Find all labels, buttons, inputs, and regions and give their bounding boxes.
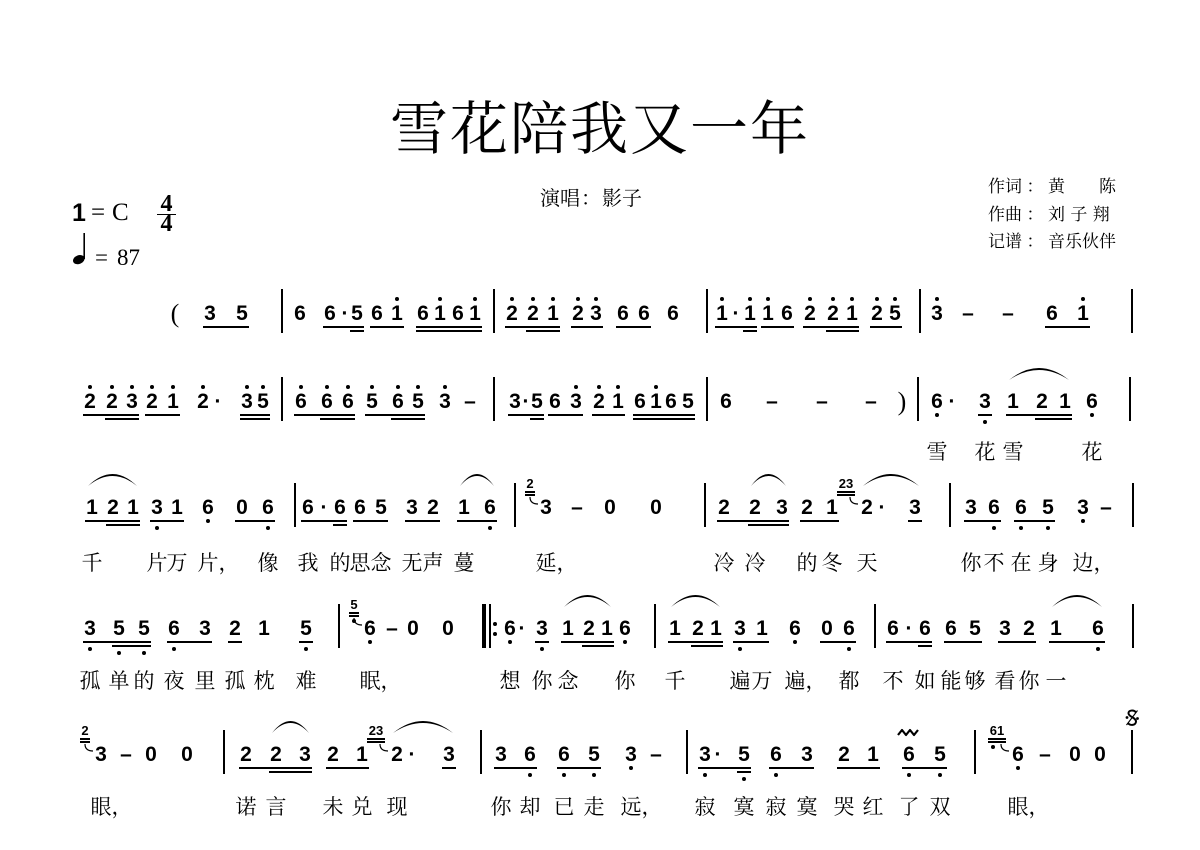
barline xyxy=(654,604,656,648)
note: 5 xyxy=(582,742,606,768)
eighth-underline xyxy=(442,767,456,769)
octave-dot-high xyxy=(551,297,555,301)
note: 3 xyxy=(78,616,102,642)
note: 6 xyxy=(939,616,963,642)
lyric-syllable: 花 xyxy=(1082,440,1103,464)
note: 6 xyxy=(632,301,656,327)
note: 6 xyxy=(913,616,937,642)
note: 1 xyxy=(252,616,276,642)
note: 3 xyxy=(770,495,794,521)
note: 3 xyxy=(959,495,983,521)
octave-dot-high xyxy=(831,297,835,301)
extension-dash: – xyxy=(760,389,784,415)
grace-underline xyxy=(837,494,855,496)
octave-dot-high xyxy=(261,385,265,389)
eighth-underline xyxy=(761,326,794,328)
lyric-syllable: 里 xyxy=(195,669,216,693)
octave-dot-low xyxy=(991,745,995,749)
lyric-syllable: 万 xyxy=(167,551,188,575)
sixteenth-underline xyxy=(416,330,482,332)
barline xyxy=(704,483,706,527)
octave-dot-low xyxy=(88,647,92,651)
eighth-underline xyxy=(769,767,814,769)
augmentation-dot: · xyxy=(706,742,730,768)
rest: 0 xyxy=(436,616,460,642)
octave-dot-high xyxy=(370,385,374,389)
sixteenth-underline xyxy=(530,418,544,420)
lyric-syllable: 冷 xyxy=(714,551,735,575)
note: 1 xyxy=(820,495,844,521)
eighth-underline xyxy=(167,641,212,643)
note: 6 xyxy=(613,616,637,642)
lyric-syllable: 在 xyxy=(1011,551,1032,575)
barline xyxy=(919,289,921,333)
eighth-underline xyxy=(668,641,723,643)
eighth-underline xyxy=(370,326,404,328)
eighth-underline xyxy=(83,641,151,643)
eighth-underline xyxy=(633,414,695,416)
note: 5 xyxy=(963,616,987,642)
lyric-syllable: 想 xyxy=(500,669,521,693)
octave-dot-high xyxy=(438,297,442,301)
lyric-syllable: 雪 xyxy=(927,440,948,464)
lyric-syllable: 枕 xyxy=(254,669,275,693)
sixteenth-underline xyxy=(333,524,347,526)
note: 3 xyxy=(925,301,949,327)
eighth-underline xyxy=(978,414,992,416)
lyric-syllable: 遍， xyxy=(785,669,827,693)
note: 3 xyxy=(903,495,927,521)
note: 1 xyxy=(1071,301,1095,327)
lyric-syllable: 天 xyxy=(857,551,878,575)
note: 2 xyxy=(223,616,247,642)
lyric-syllable: 万 xyxy=(752,669,773,693)
grace-note: 2 xyxy=(525,477,535,491)
note: 3 xyxy=(993,616,1017,642)
note: 2 xyxy=(1017,616,1041,642)
eighth-underline xyxy=(561,641,614,643)
eighth-underline xyxy=(505,326,560,328)
barline xyxy=(706,377,708,421)
lyric-syllable: 花 xyxy=(975,440,996,464)
lyric-syllable: 单 xyxy=(109,669,130,693)
jianpu-score: (3566·5616161221236661·116221253––612232… xyxy=(0,0,1200,850)
note: 2 xyxy=(798,301,822,327)
lyric-syllable: 你 xyxy=(961,551,982,575)
repeat-start-thick-line xyxy=(482,604,486,648)
extension-dash: – xyxy=(565,495,589,521)
grace-underline xyxy=(988,738,1006,740)
eighth-underline xyxy=(299,641,313,643)
octave-dot-low xyxy=(540,647,544,651)
lyric-syllable: 一 xyxy=(1046,669,1067,693)
octave-dot-low xyxy=(738,647,742,651)
note: 1 xyxy=(1001,389,1025,415)
eighth-underline xyxy=(326,767,369,769)
barline xyxy=(949,483,951,527)
eighth-underline xyxy=(908,520,922,522)
lyric-syllable: 都 xyxy=(839,669,860,693)
note: 5 xyxy=(676,389,700,415)
grace-underline xyxy=(988,741,1006,743)
sixteenth-underline xyxy=(269,771,312,773)
eighth-underline xyxy=(457,520,497,522)
rest: 0 xyxy=(1063,742,1087,768)
note: 1 xyxy=(1044,616,1068,642)
lyric-syllable: 远， xyxy=(621,795,663,819)
octave-dot-high xyxy=(748,297,752,301)
octave-dot-high xyxy=(875,297,879,301)
octave-dot-low xyxy=(172,647,176,651)
sixteenth-underline xyxy=(350,330,364,332)
barline xyxy=(1132,483,1134,527)
sixteenth-underline xyxy=(633,418,695,420)
octave-dot-low xyxy=(352,619,356,623)
extension-dash: – xyxy=(859,389,883,415)
score-page: 雪花陪我又一年 演唱：影子 作词：黄 陈 作曲：刘 子 翔 记谱：音乐伙伴 1 … xyxy=(0,0,1200,850)
octave-dot-low xyxy=(623,640,627,644)
lyric-syllable: 雪 xyxy=(1003,440,1024,464)
lyric-syllable: 身 xyxy=(1038,551,1059,575)
note: 3 xyxy=(293,742,317,768)
extension-dash: – xyxy=(996,301,1020,327)
note: 5 xyxy=(369,495,393,521)
note: 1 xyxy=(161,389,185,415)
eighth-underline xyxy=(557,767,601,769)
octave-dot-high xyxy=(616,385,620,389)
extension-dash: – xyxy=(810,389,834,415)
eighth-underline xyxy=(964,520,1001,522)
eighth-underline xyxy=(405,520,440,522)
lyric-syllable: 蔓 xyxy=(454,551,475,575)
note: 3 xyxy=(89,742,113,768)
barline xyxy=(974,730,976,774)
note: 5 xyxy=(406,389,430,415)
octave-dot-low xyxy=(304,647,308,651)
octave-dot-high xyxy=(576,297,580,301)
sixteenth-underline xyxy=(1035,418,1072,420)
lyric-syllable: 未 xyxy=(323,795,344,819)
lyric-syllable: 走 xyxy=(584,795,605,819)
octave-dot-low xyxy=(562,773,566,777)
note: 1 xyxy=(541,301,565,327)
barline xyxy=(514,483,516,527)
sixteenth-underline xyxy=(748,524,789,526)
octave-dot-high xyxy=(150,385,154,389)
octave-dot-high xyxy=(597,385,601,389)
eighth-underline xyxy=(1014,520,1055,522)
sixteenth-underline xyxy=(240,418,270,420)
lyric-syllable: 你 xyxy=(491,795,512,819)
lyric-syllable: 你 xyxy=(1019,669,1040,693)
note: 6 xyxy=(714,389,738,415)
barline xyxy=(1131,289,1133,333)
eighth-underline xyxy=(733,641,769,643)
note: 1 xyxy=(452,495,476,521)
sixteenth-underline xyxy=(526,330,560,332)
note: 6 xyxy=(358,616,382,642)
note: 2 xyxy=(78,389,102,415)
barline xyxy=(480,730,482,774)
augmentation-dot: · xyxy=(870,495,894,521)
lyric-syllable: 看 xyxy=(995,669,1016,693)
eighth-underline xyxy=(353,520,388,522)
octave-dot-low xyxy=(793,640,797,644)
eighth-underline xyxy=(494,767,537,769)
note: 1 xyxy=(165,495,189,521)
lyric-syllable: 现 xyxy=(387,795,408,819)
octave-dot-high xyxy=(130,385,134,389)
sixteenth-underline xyxy=(106,524,140,526)
note: 3 xyxy=(564,389,588,415)
note: 6 xyxy=(478,495,502,521)
note: 3 xyxy=(728,616,752,642)
sixteenth-underline xyxy=(826,330,859,332)
note: 6 xyxy=(661,301,685,327)
note: 6 xyxy=(1009,495,1033,521)
extension-dash: – xyxy=(458,389,482,415)
extension-dash: – xyxy=(644,742,668,768)
octave-dot-low xyxy=(992,526,996,530)
extension-dash: – xyxy=(1033,742,1057,768)
octave-dot-low xyxy=(1016,766,1020,770)
lyric-syllable: 延， xyxy=(536,551,578,575)
barline xyxy=(223,730,225,774)
lyric-syllable: 不 xyxy=(883,669,904,693)
lyric-syllable: 声 xyxy=(423,551,444,575)
lyric-syllable: 思 xyxy=(350,551,371,575)
lyric-syllable: 你 xyxy=(615,669,636,693)
grace-underline xyxy=(349,615,359,617)
note: 2 xyxy=(712,495,736,521)
lyric-syllable: 诺 xyxy=(236,795,257,819)
lyric-syllable: 孤 xyxy=(225,669,246,693)
note: 2 xyxy=(321,742,345,768)
note: 5 xyxy=(251,389,275,415)
note: 6 xyxy=(518,742,542,768)
note: 3 xyxy=(433,389,457,415)
barline xyxy=(493,377,495,421)
lyric-syllable: 如 xyxy=(915,669,936,693)
barline xyxy=(874,604,876,648)
note: 3 xyxy=(973,389,997,415)
augmentation-dot: · xyxy=(400,742,424,768)
octave-dot-low xyxy=(1046,526,1050,530)
octave-dot-low xyxy=(206,519,210,523)
note: 1 xyxy=(840,301,864,327)
sixteenth-underline xyxy=(918,645,932,647)
lyric-syllable: 的 xyxy=(330,551,351,575)
note: 3 xyxy=(198,301,222,327)
lyric-syllable: 寂 xyxy=(695,795,716,819)
grace-underline xyxy=(349,612,359,614)
octave-dot-high xyxy=(443,385,447,389)
note: 5 xyxy=(732,742,756,768)
octave-dot-low xyxy=(935,413,939,417)
octave-dot-low xyxy=(774,773,778,777)
octave-dot-high xyxy=(171,385,175,389)
note: 5 xyxy=(132,616,156,642)
note: 2 xyxy=(421,495,445,521)
close-parenthesis: ) xyxy=(890,389,914,415)
eighth-underline xyxy=(203,326,249,328)
rest: 0 xyxy=(815,616,839,642)
note: 5 xyxy=(294,616,318,642)
lyric-syllable: 的 xyxy=(797,551,818,575)
lyric-syllable: 千 xyxy=(82,551,103,575)
note: 6 xyxy=(1006,742,1030,768)
eighth-underline xyxy=(616,326,651,328)
lyric-syllable: 念 xyxy=(558,669,579,693)
octave-dot-low xyxy=(117,651,121,655)
lyric-syllable: 边， xyxy=(1073,551,1115,575)
octave-dot-low xyxy=(629,766,633,770)
octave-dot-low xyxy=(1090,413,1094,417)
barline xyxy=(917,377,919,421)
extension-dash: – xyxy=(1094,495,1118,521)
note: 3 xyxy=(530,616,554,642)
lyric-syllable: 够 xyxy=(965,669,986,693)
sixteenth-underline xyxy=(105,418,139,420)
eighth-underline xyxy=(1049,641,1105,643)
octave-dot-high xyxy=(416,385,420,389)
note: 3 xyxy=(489,742,513,768)
note: 1 xyxy=(663,616,687,642)
lyric-syllable: 的 xyxy=(134,669,155,693)
lyric-syllable: 遍 xyxy=(730,669,751,693)
octave-dot-high xyxy=(473,297,477,301)
eighth-underline xyxy=(698,767,751,769)
lyric-syllable: 双 xyxy=(930,795,951,819)
rest: 0 xyxy=(401,616,425,642)
rest: 0 xyxy=(230,495,254,521)
lyric-syllable: 兑 xyxy=(352,795,373,819)
barline xyxy=(281,377,283,421)
lyric-syllable: 了 xyxy=(899,795,920,819)
grace-underline xyxy=(367,738,385,740)
eighth-underline xyxy=(998,641,1036,643)
note: 6 xyxy=(256,495,280,521)
note: 1 xyxy=(861,742,885,768)
lyric-syllable: 已 xyxy=(554,795,575,819)
octave-dot-high xyxy=(935,297,939,301)
note: 6 xyxy=(837,616,861,642)
eighth-underline xyxy=(944,641,982,643)
lyric-syllable: 念 xyxy=(371,551,392,575)
note: 6 xyxy=(289,389,313,415)
lyric-syllable: 千 xyxy=(665,669,686,693)
note: 1 xyxy=(750,616,774,642)
note: 2 xyxy=(832,742,856,768)
eighth-underline xyxy=(294,414,355,416)
eighth-underline xyxy=(1045,326,1090,328)
note: 3 xyxy=(437,742,461,768)
octave-dot-low xyxy=(983,420,987,424)
rest: 0 xyxy=(175,742,199,768)
note: 2 xyxy=(743,495,767,521)
lyric-syllable: 不 xyxy=(984,551,1005,575)
octave-dot-low xyxy=(907,773,911,777)
lyric-syllable: 却 xyxy=(520,795,541,819)
barline xyxy=(1129,377,1131,421)
note: 5 xyxy=(107,616,131,642)
octave-dot-high xyxy=(808,297,812,301)
note: 3 xyxy=(795,742,819,768)
grace-note: 5 xyxy=(349,598,359,612)
note: 6 xyxy=(783,616,807,642)
octave-dot-high xyxy=(1081,297,1085,301)
note: 6 xyxy=(897,742,921,768)
extension-dash: – xyxy=(114,742,138,768)
barline xyxy=(493,289,495,333)
grace-underline xyxy=(525,494,535,496)
grace-underline xyxy=(837,491,855,493)
eighth-underline xyxy=(508,414,544,416)
note: 5 xyxy=(230,301,254,327)
lyric-syllable: 冷 xyxy=(745,551,766,575)
note: 1 xyxy=(1053,389,1077,415)
octave-dot-low xyxy=(1081,519,1085,523)
octave-dot-low xyxy=(742,777,746,781)
lyric-syllable: 片， xyxy=(198,551,240,575)
note: 3 xyxy=(534,495,558,521)
lyric-syllable: 我 xyxy=(298,551,319,575)
octave-dot-high xyxy=(201,385,205,389)
octave-dot-high xyxy=(531,297,535,301)
eighth-underline xyxy=(235,520,275,522)
lyric-syllable: 寞 xyxy=(734,795,755,819)
note: 5 xyxy=(1036,495,1060,521)
eighth-underline xyxy=(1006,414,1072,416)
eighth-underline xyxy=(416,326,482,328)
eighth-underline xyxy=(571,326,603,328)
note: 6 xyxy=(552,742,576,768)
sixteenth-underline xyxy=(582,645,614,647)
lyric-syllable: 无 xyxy=(402,551,423,575)
note: 1 xyxy=(704,616,728,642)
note: 1 xyxy=(121,495,145,521)
octave-dot-high xyxy=(574,385,578,389)
octave-dot-high xyxy=(654,385,658,389)
lyric-syllable: 寂 xyxy=(766,795,787,819)
eighth-underline xyxy=(150,520,184,522)
augmentation-dot: · xyxy=(206,389,230,415)
sixteenth-underline xyxy=(320,418,355,420)
note: 5 xyxy=(928,742,952,768)
barline xyxy=(686,730,688,774)
octave-dot-low xyxy=(266,526,270,530)
note: 6 xyxy=(336,389,360,415)
grace-note: 61 xyxy=(988,724,1006,738)
repeat-dot xyxy=(493,622,497,626)
grace-underline xyxy=(80,741,90,743)
eighth-underline xyxy=(83,414,139,416)
barline xyxy=(1132,604,1134,648)
barline xyxy=(281,289,283,333)
octave-dot-high xyxy=(766,297,770,301)
eighth-underline xyxy=(548,414,583,416)
grace-note: 2 xyxy=(80,724,90,738)
grace-underline xyxy=(367,741,385,743)
octave-dot-high xyxy=(893,297,897,301)
note: 2 xyxy=(264,742,288,768)
note: 6 xyxy=(196,495,220,521)
octave-dot-low xyxy=(1019,526,1023,530)
note: 3 xyxy=(193,616,217,642)
octave-dot-low xyxy=(142,651,146,655)
lyric-syllable: 能 xyxy=(941,669,962,693)
lyric-syllable: 眼， xyxy=(91,795,133,819)
